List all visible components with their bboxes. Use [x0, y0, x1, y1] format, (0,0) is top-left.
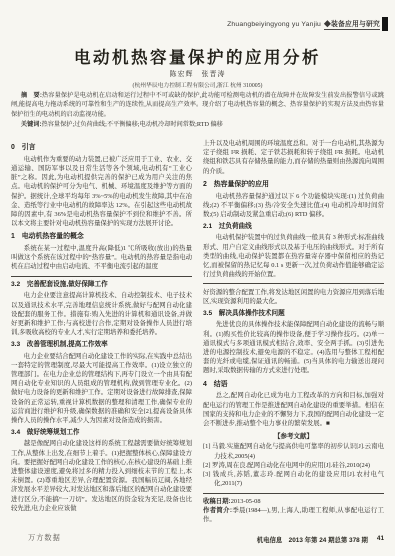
references-list: [1] 马毅.实施配网自动化与提高供电可靠率的初步认识[J].云南电力技术,20…: [203, 442, 384, 488]
page-number: 41: [377, 535, 384, 544]
article-notes: 收稿日期:2013-05-08 作者简介:季晨(1984—),男,上海人,助理工…: [203, 493, 384, 524]
author-bio-label: 作者简介:: [203, 507, 232, 514]
paragraph-conclusion: 总之,配网自动化已成为电力工程改革的方向和目标,加强对配电运行的管理工作是推进配…: [203, 391, 384, 428]
received-date-value: 2013-05-08: [231, 498, 261, 505]
page-title: 电动机热容量保护的应用分析: [0, 44, 395, 68]
heading-3-4: 3.4 做好统筹规划工作: [11, 428, 192, 437]
abstract-paragraph: 摘 要:热容量保护是电动机在启动和运行过程中不可或缺的保护,此功能可检测电动机的…: [11, 91, 384, 119]
authors: 陈宏辉 张晋涛: [0, 69, 395, 79]
reference-item: [1] 马毅.实施配网自动化与提高供电可靠率的初步认识[J].云南电力技术,20…: [203, 442, 384, 460]
paragraph-2-1: 电动机保护装置中的过负荷曲线一般具有 3 种形式:标准曲线形式、用户自定义曲线形…: [203, 233, 384, 279]
heading-4-conclusion: 4 结语: [203, 380, 384, 389]
paragraph-thermal-capacity: 系统在某一过程中,温度升高(降低)1 ℃所吸收(放出)的热量叫做这个系统在该过程…: [11, 244, 192, 272]
footer-journal-info: 机电信息 2013 年第 24 期总第 378 期 41: [257, 535, 384, 544]
heading-1-thermal-capacity-concept: 1 电动机热容量的概念: [11, 232, 192, 241]
references-title: 【参考文献】: [203, 432, 384, 441]
keywords-label: 关键词:: [21, 121, 42, 128]
reference-item: [2] 罗涛,周在良.配网自动化在电网中的应用[J].硅谷,2010(24): [203, 461, 384, 470]
journal-issue-info: 机电信息 2013 年第 24 期总第 378 期: [257, 535, 368, 544]
heading-3-3: 3.3 改善管理机制,提高工作效率: [11, 340, 192, 349]
heading-3-2: 3.2 完善配套设施,做好保障工作: [11, 280, 192, 289]
journal-page: Zhuangbeiyingyong yu Yanjiu ◆装备应用与研究 电动机…: [0, 0, 395, 556]
paragraph-intro-continued: 上升以及电动机周围的环境温度总和。对于一台电动机,其热源为定子绕组 I²R 损耗…: [203, 139, 384, 176]
heading-2-application: 2 热容量保护的应用: [203, 180, 384, 189]
keywords-text: 热容量保护;过负荷曲线;不平衡偏移;电动机冷却时间常数;RTD 偏移: [42, 121, 223, 128]
header-section-label: ◆装备应用与研究: [324, 18, 380, 31]
header-tab-marker: [382, 17, 388, 31]
heading-3-5: 3.5 解决具体操作技术问题: [203, 309, 384, 318]
body-columns: 0 引言 电动机作为重要的动力装置,已被广泛应用于工业、农业、交通运输、国防军事…: [11, 139, 384, 527]
article-divider-right: [203, 283, 384, 284]
right-column: 上升以及电动机周围的环境温度总和。对于一台电动机,其热源为定子绕组 I²R 损耗…: [203, 139, 384, 527]
paragraph-3-4-continued: 好资源的整合配置工作,将发达地区闲置的电力资源应用到落后地区,实现资源利用的最大…: [203, 288, 384, 306]
received-date-line: 收稿日期:2013-05-08: [203, 497, 384, 506]
heading-2-1-overload-curve: 2.1 过负荷曲线: [203, 222, 384, 231]
abstract-text: 热容量保护是电动机在启动和运行过程中不可或缺的保护,此功能可检测电动机的潜在故障…: [11, 92, 384, 118]
paragraph-intro: 电动机作为重要的动力装置,已被广泛应用于工业、农业、交通运输、国防军事以及日常生…: [11, 155, 192, 229]
reference-item: [3] 钱成兵,苏韬,董志玲.配网自动化的建设应用[J].农村电气化,2011(…: [203, 470, 384, 488]
wanfang-watermark: 万方数据: [28, 533, 61, 543]
received-date-label: 收稿日期:: [203, 498, 231, 505]
left-column: 0 引言 电动机作为重要的动力装置,已被广泛应用于工业、农业、交通运输、国防军事…: [11, 139, 192, 527]
paragraph-2: 电动机热容量保护通过以下 6 个功能模块实现:(1) 过负荷曲线;(2) 不平衡…: [203, 192, 384, 220]
affiliation: (杭州华辰电力控制工程有限公司,浙江 杭州 310005): [0, 80, 395, 89]
article-divider-left: [11, 276, 192, 277]
running-header: Zhuangbeiyingyong yu Yanjiu ◆装备应用与研究: [227, 17, 388, 31]
author-bio-line: 作者简介:季晨(1984—),男,上海人,助理工程师,从事配电运行工作。: [203, 506, 384, 524]
header-pinyin: Zhuangbeiyingyong yu Yanjiu: [227, 21, 321, 28]
abstract-block: 摘 要:热容量保护是电动机在启动和运行过程中不可或缺的保护,此功能可检测电动机的…: [11, 91, 384, 129]
paragraph-3-3: 电力企业要结合配网自动化建设工作的实际,在实践中总结出一套特定的管理制度,尽最大…: [11, 352, 192, 426]
abstract-label: 摘 要:: [21, 92, 42, 99]
keywords-paragraph: 关键词:热容量保护;过负荷曲线;不平衡偏移;电动机冷却时间常数;RTD 偏移: [11, 120, 384, 129]
heading-0-intro: 0 引言: [11, 143, 192, 152]
paragraph-3-4: 越是像配网自动化建设这样的系统工程越需要做好统筹规划工作,从整体上出发,在细节上…: [11, 439, 192, 513]
paragraph-3-5: 先进优良的具体操作技术能保障配网自动化建设的流畅与顺利。(1)购买性价比较高的操…: [203, 320, 384, 375]
paragraph-3-2: 电力企业要注意提高计算机技术、自动控制技术、电子技术以及通讯技术水平,完善地理信…: [11, 291, 192, 337]
